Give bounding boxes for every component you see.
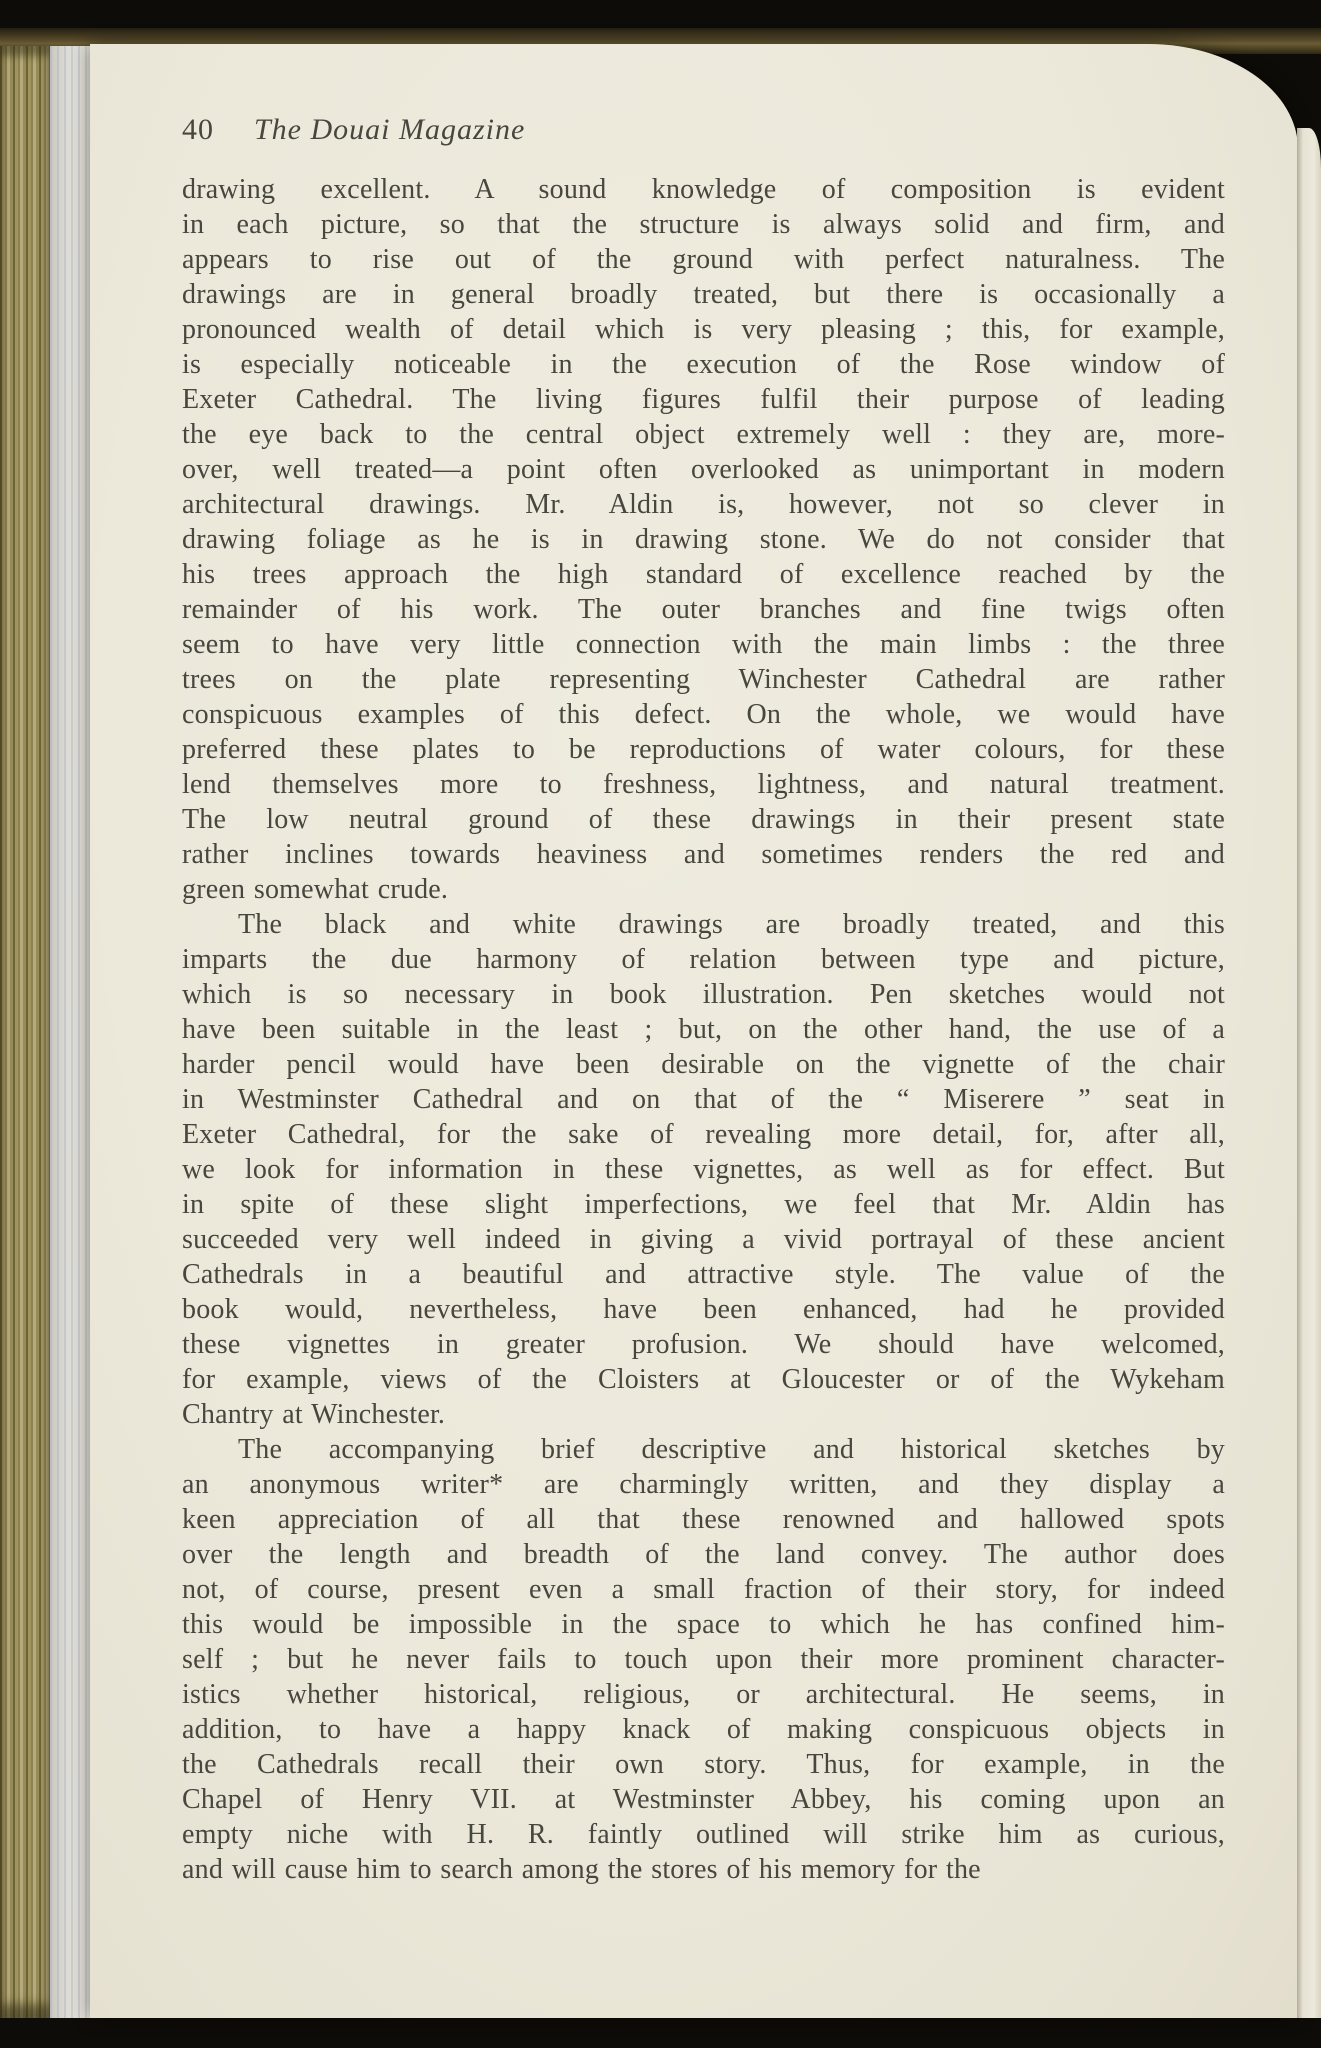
text-line: appears to rise out of the ground with p…: [182, 242, 1225, 277]
text-line: The black and white drawings are broadly…: [182, 907, 1225, 942]
text-line: drawing excellent. A sound knowledge of …: [182, 172, 1225, 207]
text-line: in spite of these slight imperfections, …: [182, 1187, 1225, 1222]
page-surface: 40 The Douai Magazine drawing excellent.…: [90, 44, 1298, 2018]
text-line: self ; but he never fails to touch upon …: [182, 1642, 1225, 1677]
text-line: Cathedrals in a beautiful and attractive…: [182, 1257, 1225, 1292]
text-line: addition, to have a happy knack of makin…: [182, 1712, 1225, 1747]
paragraph-2: The black and white drawings are broadly…: [182, 907, 1225, 1432]
text-line: The low neutral ground of these drawings…: [182, 802, 1225, 837]
running-title: The Douai Magazine: [254, 112, 525, 147]
text-line: lend themselves more to freshness, light…: [182, 767, 1225, 802]
page-body: drawing excellent. A sound knowledge of …: [182, 172, 1225, 1887]
page-edges-light: [50, 46, 92, 2018]
text-line: drawing foliage as he is in drawing ston…: [182, 522, 1225, 557]
text-line: keen appreciation of all that these reno…: [182, 1502, 1225, 1537]
text-line: we look for information in these vignett…: [182, 1152, 1225, 1187]
text-line: the eye back to the central object extre…: [182, 417, 1225, 452]
page-number: 40: [182, 112, 214, 147]
page-header: 40 The Douai Magazine: [182, 112, 1225, 147]
text-line: architectural drawings. Mr. Aldin is, ho…: [182, 487, 1225, 522]
text-line: not, of course, present even a small fra…: [182, 1572, 1225, 1607]
text-line: over the length and breadth of the land …: [182, 1537, 1225, 1572]
text-line: which is so necessary in book illustrati…: [182, 977, 1225, 1012]
text-line: in Westminster Cathedral and on that of …: [182, 1082, 1225, 1117]
text-line: preferred these plates to be reproductio…: [182, 732, 1225, 767]
text-line: drawings are in general broadly treated,…: [182, 277, 1225, 312]
book-scan: { "page": { "number": "40", "running_tit…: [0, 0, 1321, 2048]
page-edges-tan: [0, 46, 50, 2018]
page-edges-stack: [0, 46, 92, 2018]
text-line: an anonymous writer* are charmingly writ…: [182, 1467, 1225, 1502]
text-line: seem to have very little connection with…: [182, 627, 1225, 662]
fore-edge-pages: [1297, 128, 1321, 2018]
text-line: and will cause him to search among the s…: [182, 1852, 1225, 1887]
text-line: empty niche with H. R. faintly outlined …: [182, 1817, 1225, 1852]
text-line: the Cathedrals recall their own story. T…: [182, 1747, 1225, 1782]
text-line: imparts the due harmony of relation betw…: [182, 942, 1225, 977]
text-line: The accompanying brief descriptive and h…: [182, 1432, 1225, 1467]
text-line: remainder of his work. The outer branche…: [182, 592, 1225, 627]
text-line: Chantry at Winchester.: [182, 1397, 1225, 1432]
text-line: harder pencil would have been desirable …: [182, 1047, 1225, 1082]
text-line: his trees approach the high standard of …: [182, 557, 1225, 592]
text-line: green somewhat crude.: [182, 872, 1225, 907]
text-line: is especially noticeable in the executio…: [182, 347, 1225, 382]
text-line: rather inclines towards heaviness and so…: [182, 837, 1225, 872]
paragraph-1: drawing excellent. A sound knowledge of …: [182, 172, 1225, 907]
text-line: Exeter Cathedral. The living figures ful…: [182, 382, 1225, 417]
text-line: conspicuous examples of this defect. On …: [182, 697, 1225, 732]
text-line: these vignettes in greater profusion. We…: [182, 1327, 1225, 1362]
text-line: Exeter Cathedral, for the sake of reveal…: [182, 1117, 1225, 1152]
text-line: trees on the plate representing Winchest…: [182, 662, 1225, 697]
text-line: have been suitable in the least ; but, o…: [182, 1012, 1225, 1047]
text-line: Chapel of Henry VII. at Westminster Abbe…: [182, 1782, 1225, 1817]
text-line: pronounced wealth of detail which is ver…: [182, 312, 1225, 347]
text-line: this would be impossible in the space to…: [182, 1607, 1225, 1642]
page-content: 40 The Douai Magazine drawing excellent.…: [182, 112, 1225, 1887]
text-line: for example, views of the Cloisters at G…: [182, 1362, 1225, 1397]
text-line: succeeded very well indeed in giving a v…: [182, 1222, 1225, 1257]
text-line: book would, nevertheless, have been enha…: [182, 1292, 1225, 1327]
text-line: istics whether historical, religious, or…: [182, 1677, 1225, 1712]
text-line: in each picture, so that the structure i…: [182, 207, 1225, 242]
text-line: over, well treated—a point often overloo…: [182, 452, 1225, 487]
paragraph-3: The accompanying brief descriptive and h…: [182, 1432, 1225, 1887]
